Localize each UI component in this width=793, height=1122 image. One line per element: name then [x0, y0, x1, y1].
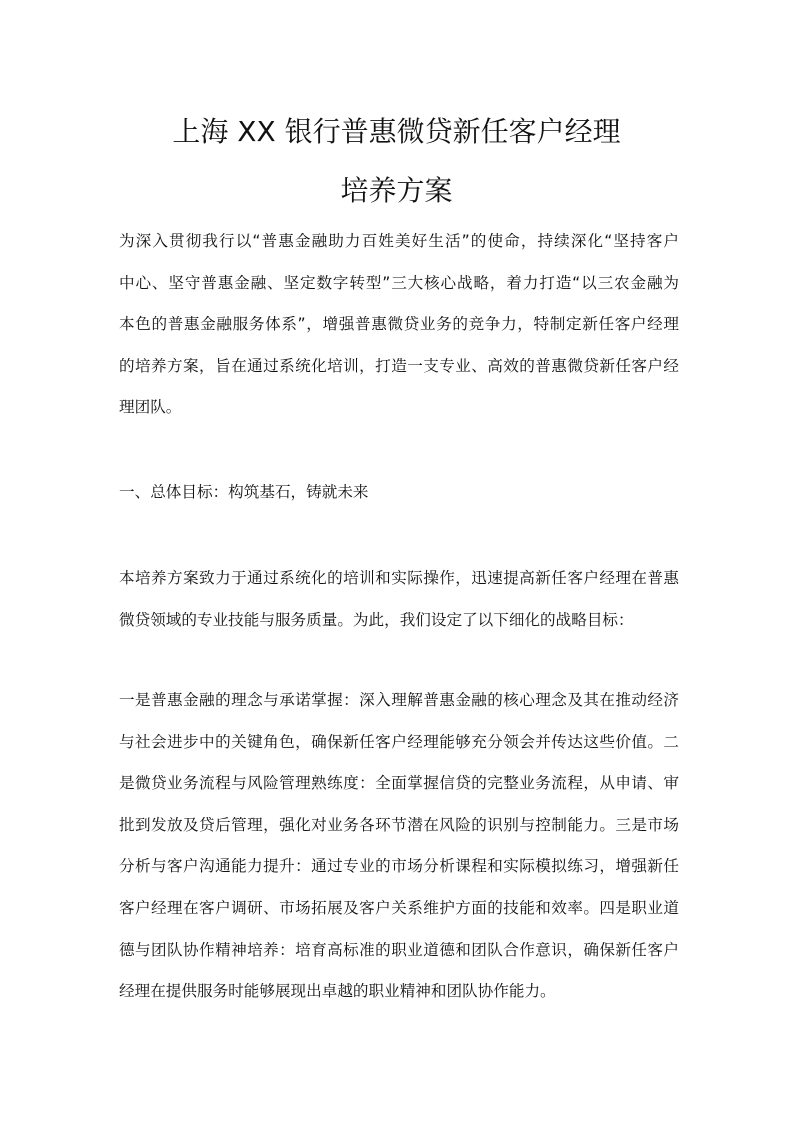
paragraph-line: 本培养方案致力于通过系统化的培训和实际操作，迅速提高新任客户经理在普惠	[119, 558, 679, 600]
section-heading: 一、总体目标：构筑基石，铸就未来	[119, 472, 679, 514]
document-title-line-1: 上海 XX 银行普惠微贷新任客户经理	[0, 112, 793, 152]
intro-line: 理团队。	[119, 387, 679, 429]
paragraph-line: 批到发放及贷后管理，强化对业务各环节潜在风险的识别与控制能力。三是市场	[119, 805, 679, 847]
paragraph-line: 一是普惠金融的理念与承诺掌握：深入理解普惠金融的核心理念及其在推动经济	[119, 680, 679, 722]
paragraph-line: 微贷领域的专业技能与服务质量。为此，我们设定了以下细化的战略目标：	[119, 600, 679, 642]
intro-paragraph: 为深入贯彻我行以“普惠金融助力百姓美好生活”的使命，持续深化“坚持客户 中心、坚…	[119, 221, 679, 429]
intro-line: 为深入贯彻我行以“普惠金融助力百姓美好生活”的使命，持续深化“坚持客户	[119, 221, 679, 263]
document-title-line-2: 培养方案	[0, 171, 793, 211]
paragraph-line: 分析与客户沟通能力提升：通过专业的市场分析课程和实际模拟练习，增强新任	[119, 846, 679, 888]
section-1-heading: 一、总体目标：构筑基石，铸就未来	[119, 472, 679, 514]
intro-line: 本色的普惠金融服务体系”，增强普惠微贷业务的竞争力，特制定新任客户经理	[119, 304, 679, 346]
paragraph-line: 与社会进步中的关键角色，确保新任客户经理能够充分领会并传达这些价值。二	[119, 722, 679, 764]
paragraph-line: 经理在提供服务时能够展现出卓越的职业精神和团队协作能力。	[119, 971, 679, 1013]
intro-line: 的培养方案，旨在通过系统化培训，打造一支专业、高效的普惠微贷新任客户经	[119, 346, 679, 388]
paragraph-line: 德与团队协作精神培养：培育高标准的职业道德和团队合作意识，确保新任客户	[119, 930, 679, 972]
document-page: 上海 XX 银行普惠微贷新任客户经理 培养方案 为深入贯彻我行以“普惠金融助力百…	[0, 0, 793, 1122]
intro-line: 中心、坚守普惠金融、坚定数字转型”三大核心战略，着力打造“以三农金融为	[119, 263, 679, 305]
paragraph-line: 客户经理在客户调研、市场拓展及客户关系维护方面的技能和效率。四是职业道	[119, 888, 679, 930]
section-1-paragraph-2: 一是普惠金融的理念与承诺掌握：深入理解普惠金融的核心理念及其在推动经济 与社会进…	[119, 680, 679, 1013]
paragraph-line: 是微贷业务流程与风险管理熟练度：全面掌握信贷的完整业务流程，从申请、审	[119, 763, 679, 805]
section-1-paragraph-1: 本培养方案致力于通过系统化的培训和实际操作，迅速提高新任客户经理在普惠 微贷领域…	[119, 558, 679, 641]
